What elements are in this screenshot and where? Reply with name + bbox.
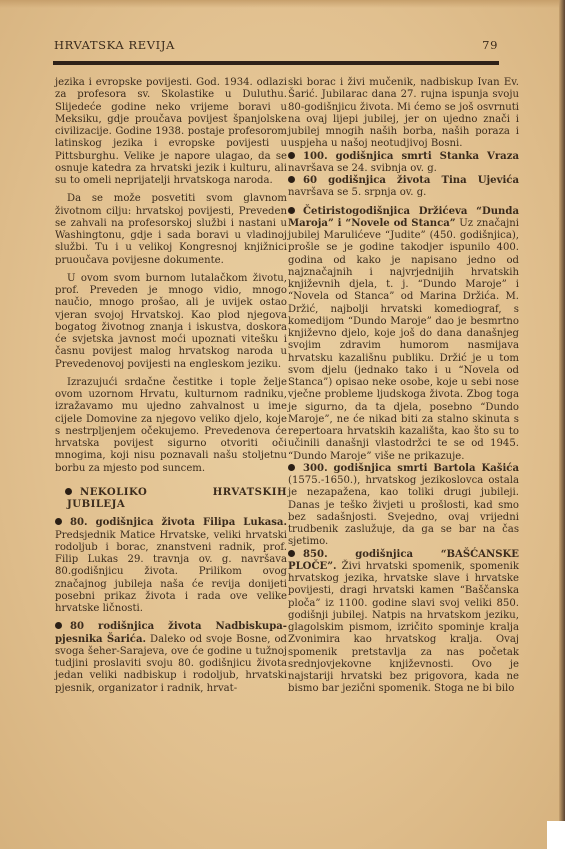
jubilee-item: 80. godišnjica života Filipa Lukasa. Pre… [55,517,287,615]
jubilee-item: 100. godišnjica smrti Stanka Vraza navrš… [288,151,519,176]
header-rule [53,61,499,65]
bullet-icon [288,152,295,159]
paragraph: jezika i evropske povijesti. God. 1934. … [55,77,287,187]
bullet-icon [55,622,62,629]
item-heading: 100. godišnjica smrti Stanka Vraza [303,151,519,162]
jubilee-item: 60 godišnjica života Tina Ujevića navrša… [288,175,519,200]
paragraph: U ovom svom burnom lutalačkom životu, pr… [55,273,287,371]
item-body: Predsjednik Matice Hrvatske, veliki hrva… [55,530,287,615]
bullet-icon [288,464,295,471]
paragraph: ski borac i živi mučenik, nadbiskup Ivan… [288,77,519,151]
item-body: Živi hrvatski spomenik, spomenik hrvatsk… [288,561,519,695]
item-body: navršava se 5. srpnja ov. g. [288,187,426,198]
paragraph: Da se može posvetiti svom glavnom životn… [55,193,287,267]
jubilee-item: 80 rodišnjica života Nadbiskupa-pjesnika… [55,621,287,695]
bullet-icon [55,518,62,525]
page-right-edge [559,0,565,849]
left-column: jezika i evropske povijesti. God. 1934. … [55,77,287,695]
jubilee-item: Četiristogodišnjica Držićeva “Dunda Maro… [288,206,519,463]
journal-title: HRVATSKA REVIJA [54,38,175,52]
right-column: ski borac i živi mučenik, nadbiskup Ivan… [288,77,519,696]
item-body: Uz značajni jubilej Marulićeve “Judite” … [288,218,519,462]
item-heading: 300. godišnjica smrti Bartola Kašića [303,463,519,474]
page-number: 79 [482,38,498,52]
item-heading: 60 godišnjica života Tina Ujevića [303,175,519,186]
scan-corner [547,821,565,849]
running-header: HRVATSKA REVIJA 79 [54,38,498,56]
section-heading-text: NEKOLIKO HRVATSKIH JUBILEJA [67,487,287,510]
bullet-icon [65,488,72,495]
bullet-icon [288,176,295,183]
page-top-shadow [0,0,565,8]
bullet-icon [288,207,295,214]
jubilee-item: 850. godišnjica “BAŠĆANSKE PLOČE”. Živi … [288,549,519,696]
jubilee-item: 300. godišnjica smrti Bartola Kašića (15… [288,463,519,549]
item-body: (1575.-1650.), hrvatskog jezikoslovca os… [288,475,519,547]
section-heading: NEKOLIKO HRVATSKIH JUBILEJA [55,487,287,512]
paragraph: Izrazujući srdačne čestitke i tople želj… [55,377,287,475]
item-body: navršava se 24. svibnja ov. g. [288,163,437,174]
bullet-icon [288,550,295,557]
item-heading: 80. godišnjica života Filipa Lukasa. [70,517,287,528]
